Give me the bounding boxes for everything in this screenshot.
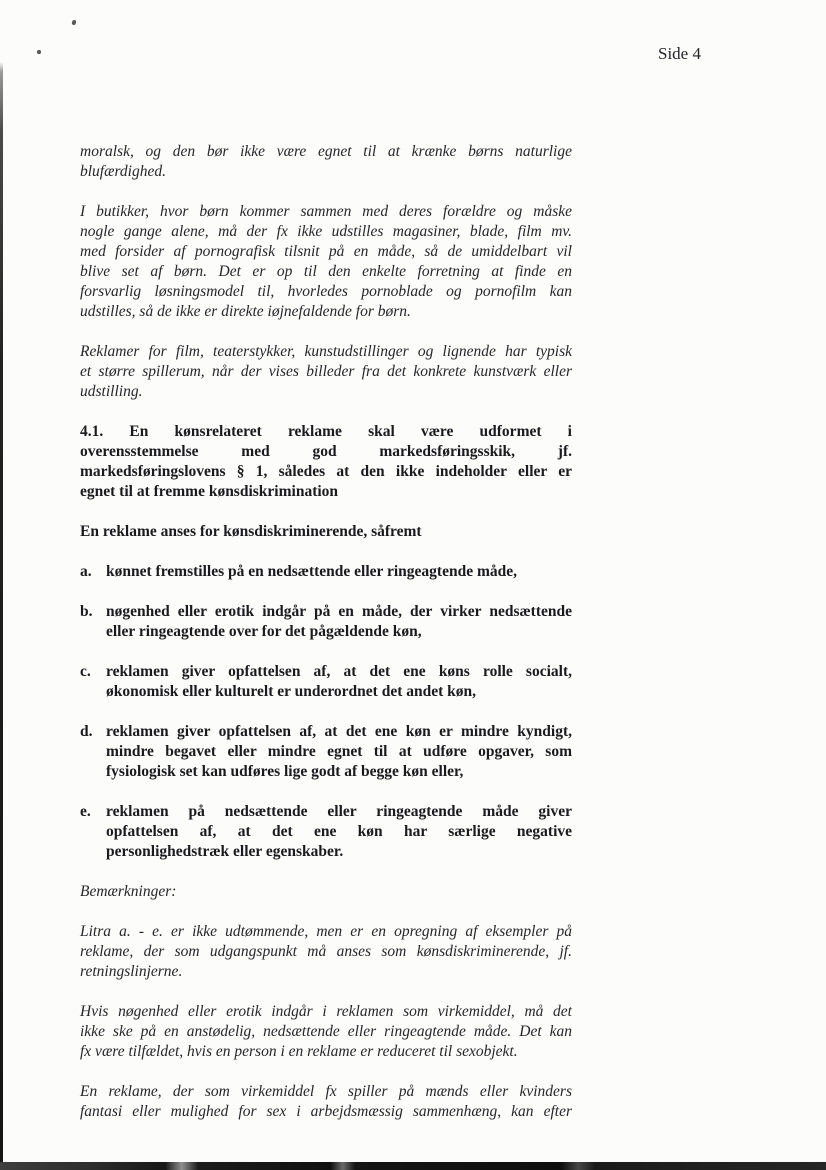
section-heading: 4.1. En kønsrelateret reklame skal være … (80, 422, 572, 502)
list-item: b.nøgenhed eller erotik indgår på en måd… (80, 602, 572, 642)
text-line: udstilles, så de ikke er direkte iøjnefa… (80, 302, 572, 322)
text-line: fantasi eller mulighed for sex i arbejds… (80, 1102, 572, 1122)
paragraph: En reklame, der som virkemiddel fx spill… (80, 1082, 572, 1122)
text-line: En reklame anses for kønsdiskriminerende… (80, 522, 572, 542)
paragraph: Bemærkninger: (80, 882, 572, 902)
text-line: kønnet fremstilles på en nedsættende ell… (106, 562, 572, 582)
text-line: retningslinjerne. (80, 962, 572, 982)
text-line: reklamen på nedsættende eller ringeagten… (106, 802, 572, 822)
text-line: ikke ske på en anstødelig, nedsættende e… (80, 1022, 572, 1042)
scanned-document-page: Side 4 moralsk, og den bør ikke være egn… (0, 0, 826, 1170)
text-line: økonomisk eller kulturelt er underordnet… (106, 682, 572, 702)
text-line: reklamen giver opfattelsen af, at det en… (106, 722, 572, 742)
list-item: a.kønnet fremstilles på en nedsættende e… (80, 562, 572, 582)
text-line: nogle gange alene, må der fx ikke udstil… (80, 222, 572, 242)
text-line: med forsider af pornografisk tilsnit på … (80, 242, 572, 262)
paragraph: I butikker, hvor børn kommer sammen med … (80, 202, 572, 322)
text-line: forsvarlig løsningsmodel til, hvorledes … (80, 282, 572, 302)
bottom-edge-scan-artifact (0, 1162, 826, 1170)
text-line: Hvis nøgenhed eller erotik indgår i rekl… (80, 1002, 572, 1022)
list-item: c.reklamen giver opfattelsen af, at det … (80, 662, 572, 702)
text-line: moralsk, og den bør ikke være egnet til … (80, 142, 572, 162)
text-line: reklame, der som udgangspunkt må anses s… (80, 942, 572, 962)
text-line: udstilling. (80, 382, 572, 402)
text-line: opfattelsen af, at det ene køn har særli… (106, 822, 572, 842)
text-line: Bemærkninger: (80, 882, 572, 902)
paragraph: Hvis nøgenhed eller erotik indgår i rekl… (80, 1002, 572, 1062)
paragraph: Reklamer for film, teaterstykker, kunstu… (80, 342, 572, 402)
list-marker: b. (80, 602, 106, 642)
text-line: personlighedstræk eller egenskaber. (106, 842, 572, 862)
scan-speck (37, 50, 41, 54)
list-item: e.reklamen på nedsættende eller ringeagt… (80, 802, 572, 862)
text-line: et større spillerum, når der vises bille… (80, 362, 572, 382)
list-marker: e. (80, 802, 106, 862)
list-item-text: reklamen på nedsættende eller ringeagten… (106, 802, 572, 862)
text-line: I butikker, hvor børn kommer sammen med … (80, 202, 572, 222)
list-item-text: reklamen giver opfattelsen af, at det en… (106, 722, 572, 782)
text-line: Litra a. - e. er ikke udtømmende, men er… (80, 922, 572, 942)
list-item-text: nøgenhed eller erotik indgår på en måde,… (106, 602, 572, 642)
list-item-text: kønnet fremstilles på en nedsættende ell… (106, 562, 572, 582)
text-line: egnet til at fremme kønsdiskrimination (80, 482, 572, 502)
paragraph: moralsk, og den bør ikke være egnet til … (80, 142, 572, 182)
list-item-text: reklamen giver opfattelsen af, at det en… (106, 662, 572, 702)
paragraph: Litra a. - e. er ikke udtømmende, men er… (80, 922, 572, 982)
text-line: fx være tilfældet, hvis en person i en r… (80, 1042, 572, 1062)
text-line: markedsføringslovens § 1, således at den… (80, 462, 572, 482)
text-line: Reklamer for film, teaterstykker, kunstu… (80, 342, 572, 362)
text-line: reklamen giver opfattelsen af, at det en… (106, 662, 572, 682)
text-line: blive set af børn. Det er op til den enk… (80, 262, 572, 282)
text-line: blufærdighed. (80, 162, 572, 182)
list-marker: c. (80, 662, 106, 702)
list-marker: a. (80, 562, 106, 582)
text-line: nøgenhed eller erotik indgår på en måde,… (106, 602, 572, 622)
left-edge-scan-artifact (0, 62, 3, 1163)
paragraph: En reklame anses for kønsdiskriminerende… (80, 522, 572, 542)
text-line: fysiologisk set kan udføres lige godt af… (106, 762, 572, 782)
list-marker: d. (80, 722, 106, 782)
text-line: overensstemmelse med god markedsføringss… (80, 442, 572, 462)
text-line: mindre begavet eller mindre egnet til at… (106, 742, 572, 762)
text-line: eller ringeagtende over for det pågælden… (106, 622, 572, 642)
list-item: d.reklamen giver opfattelsen af, at det … (80, 722, 572, 782)
document-body: moralsk, og den bør ikke være egnet til … (80, 142, 572, 1142)
scan-speck (71, 20, 76, 26)
page-number: Side 4 (658, 44, 701, 64)
text-line: 4.1. En kønsrelateret reklame skal være … (80, 422, 572, 442)
text-line: En reklame, der som virkemiddel fx spill… (80, 1082, 572, 1102)
